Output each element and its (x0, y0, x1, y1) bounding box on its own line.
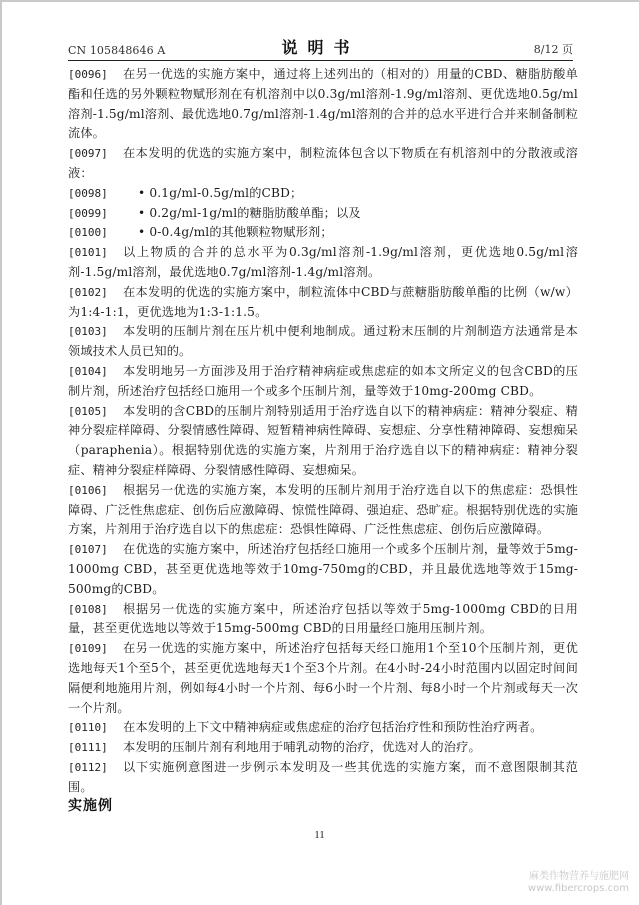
paragraph-0099: [0099] • 0.2g/ml-1g/ml的糖脂肪酸单酯；以及 (68, 204, 578, 224)
paragraph-text: 以上物质的合并的总水平为0.3g/ml溶剂-1.9g/ml溶剂，更优选地0.5g… (68, 243, 578, 283)
paragraph-0101: [0101] 以上物质的合并的总水平为0.3g/ml溶剂-1.9g/ml溶剂，更… (68, 243, 578, 283)
document-title: 说明书 (68, 35, 573, 58)
watermark-site-name: 麻类作物营养与施肥网 (528, 871, 629, 883)
paragraph-number: [0097] (68, 144, 108, 164)
paragraph-number: [0099] (68, 204, 108, 224)
paragraph-number: [0101] (68, 243, 108, 263)
bullet-text: • 0.2g/ml-1g/ml的糖脂肪酸单酯；以及 (68, 204, 578, 224)
section-heading-examples: 实施例 (68, 795, 113, 815)
paragraph-number: [0110] (68, 718, 108, 738)
paragraph-text: 在优选的实施方案中，所述治疗包括经口施用一个或多个压制片剂，量等效于5mg-10… (68, 540, 578, 599)
paragraph-0104: [0104] 本发明地另一方面涉及用于治疗精神病症或焦虑症的如本文所定义的包含C… (68, 362, 578, 402)
paragraph-number: [0106] (68, 481, 108, 501)
paragraph-0107: [0107] 在优选的实施方案中，所述治疗包括经口施用一个或多个压制片剂，量等效… (68, 540, 578, 599)
paragraph-text: 本发明的压制片剂在压片机中便利地制成。通过粉末压制的片剂制造方法通常是本领域技术… (68, 322, 578, 362)
paragraph-0097: [0097] 在本发明的优选的实施方案中，制粒流体包含以下物质在有机溶剂中的分散… (68, 144, 578, 184)
paragraph-text: 根据另一优选的实施方案，本发明的压制片剂用于治疗选自以下的焦虑症：恐惧性障碍、广… (68, 481, 578, 540)
paragraph-number: [0096] (68, 65, 108, 85)
bullet-text: • 0.1g/ml-0.5g/ml的CBD； (68, 184, 578, 204)
paragraph-0106: [0106] 根据另一优选的实施方案，本发明的压制片剂用于治疗选自以下的焦虑症：… (68, 481, 578, 540)
paragraph-0112: [0112] 以下实施例意图进一步例示本发明及一些其优选的实施方案，而不意图限制… (68, 758, 578, 798)
paragraph-number: [0102] (68, 283, 108, 303)
paragraph-text: 以下实施例意图进一步例示本发明及一些其优选的实施方案，而不意图限制其范围。 (68, 758, 578, 798)
paragraph-number: [0098] (68, 184, 108, 204)
paragraph-text: 本发明的含CBD的压制片剂特别适用于治疗选自以下的精神病症：精神分裂症、精神分裂… (68, 402, 578, 481)
paragraph-0108: [0108] 根据另一优选的实施方案中，所述治疗包括以等效于5mg-1000mg… (68, 600, 578, 640)
paragraph-number: [0105] (68, 402, 108, 422)
paragraph-text: 本发明的压制片剂有利地用于哺乳动物的治疗，优选对人的治疗。 (68, 738, 578, 758)
paragraph-number: [0108] (68, 600, 108, 620)
paragraph-0103: [0103] 本发明的压制片剂在压片机中便利地制成。通过粉末压制的片剂制造方法通… (68, 322, 578, 362)
paragraph-0102: [0102] 在本发明的优选的实施方案中，制粒流体中CBD与蔗糖脂肪酸单酯的比例… (68, 283, 578, 323)
document-body: [0096] 在另一优选的实施方案中，通过将上述列出的（相对的）用量的CBD、糖… (68, 65, 578, 797)
page-header: CN 105848646 A 说明书 8/12 页 (68, 38, 573, 61)
paragraph-number: [0100] (68, 223, 108, 243)
paragraph-0111: [0111] 本发明的压制片剂有利地用于哺乳动物的治疗，优选对人的治疗。 (68, 738, 578, 758)
paragraph-text: 根据另一优选的实施方案中，所述治疗包括以等效于5mg-1000mg CBD的日用… (68, 600, 578, 640)
paragraph-0110: [0110] 在本发明的上下文中精神病症或焦虑症的治疗包括治疗性和预防性治疗两者… (68, 718, 578, 738)
bullet-text: • 0-0.4g/ml的其他颗粒物赋形剂； (68, 223, 578, 243)
paragraph-text: 在本发明的优选的实施方案中，制粒流体包含以下物质在有机溶剂中的分散液或溶液： (68, 144, 578, 184)
paragraph-text: 在本发明的优选的实施方案中，制粒流体中CBD与蔗糖脂肪酸单酯的比例（w/w）为1… (68, 283, 578, 323)
paragraph-text: 在另一优选的实施方案中，所述治疗包括每天经口施用1个至10个压制片剂，更优选地每… (68, 639, 578, 718)
paragraph-0105: [0105] 本发明的含CBD的压制片剂特别适用于治疗选自以下的精神病症：精神分… (68, 402, 578, 481)
paragraph-0098: [0098] • 0.1g/ml-0.5g/ml的CBD； (68, 184, 578, 204)
paragraph-number: [0104] (68, 362, 108, 382)
paragraph-number: [0109] (68, 639, 108, 659)
paragraph-number: [0111] (68, 738, 108, 758)
paragraph-text: 本发明地另一方面涉及用于治疗精神病症或焦虑症的如本文所定义的包含CBD的压制片剂… (68, 362, 578, 402)
paragraph-text: 在本发明的上下文中精神病症或焦虑症的治疗包括治疗性和预防性治疗两者。 (68, 718, 578, 738)
paragraph-text: 在另一优选的实施方案中，通过将上述列出的（相对的）用量的CBD、糖脂肪酸单酯和任… (68, 65, 578, 144)
paragraph-0109: [0109] 在另一优选的实施方案中，所述治疗包括每天经口施用1个至10个压制片… (68, 639, 578, 718)
paragraph-number: [0112] (68, 758, 108, 778)
paragraph-0096: [0096] 在另一优选的实施方案中，通过将上述列出的（相对的）用量的CBD、糖… (68, 65, 578, 144)
watermark-url: www.fibercrops.com (528, 883, 629, 895)
watermark: 麻类作物营养与施肥网 www.fibercrops.com (528, 871, 629, 895)
page-indicator: 8/12 页 (534, 41, 573, 57)
paragraph-number: [0107] (68, 540, 108, 560)
footer-page-number: 11 (0, 829, 639, 841)
paragraph-0100: [0100] • 0-0.4g/ml的其他颗粒物赋形剂； (68, 223, 578, 243)
paragraph-number: [0103] (68, 322, 108, 342)
